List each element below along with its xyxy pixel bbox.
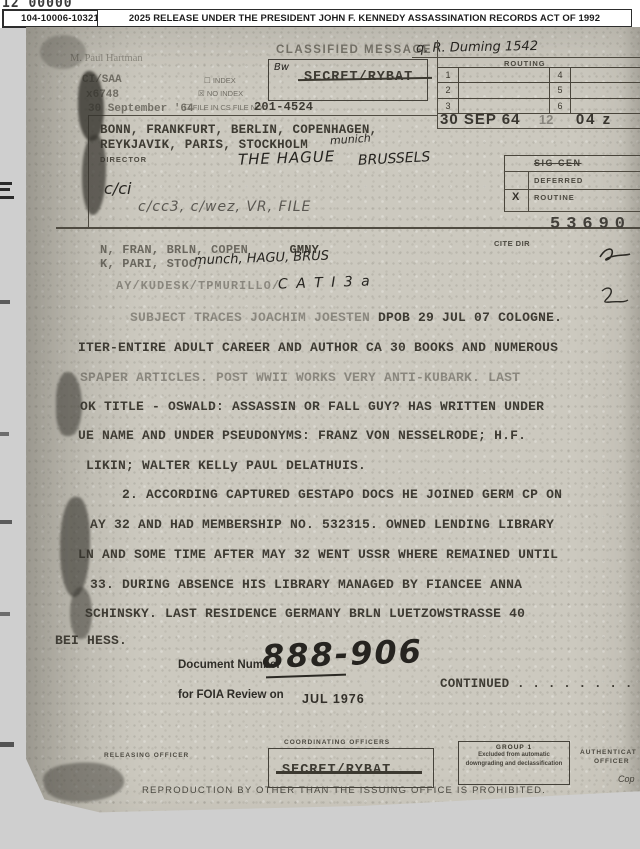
footer-classification-stamp: SECRET/RYBAT xyxy=(282,763,391,778)
frame-hline-header xyxy=(88,115,437,116)
record-number: 104-10006-10321 xyxy=(21,13,99,24)
addressee-line-2: REYKJAVIK, PARIS, STOCKHOLM xyxy=(100,138,308,152)
edge-mark xyxy=(0,182,12,185)
edge-mark xyxy=(0,196,14,199)
routine-label: ROUTINE xyxy=(534,193,575,202)
confirmation-line-1: N, FRAN, BRLN, COPEN GMNY xyxy=(100,243,319,257)
edge-mark xyxy=(0,520,12,524)
cs-file-number: 201-4524 xyxy=(254,100,313,114)
body-line-1: SUBJECT TRACES JOACHIM JOESTEN DPOB 29 J… xyxy=(130,310,562,325)
sigcen-vline xyxy=(528,171,529,211)
body-line-5: UE NAME AND UNDER PSEUDONYMS: FRANZ VON … xyxy=(78,428,526,443)
frame-vline-left xyxy=(88,115,89,227)
routing-cell xyxy=(571,68,640,83)
body-line-3: SPAPER ARTICLES. POST WWII WORKS VERY AN… xyxy=(80,370,520,385)
scan-stain xyxy=(70,587,92,639)
routing-cell xyxy=(459,68,549,83)
routing-table: 1 4 2 5 3 6 xyxy=(437,67,640,114)
sig-cen-label: SIG CEN xyxy=(534,158,582,168)
stamp-mid: 12 xyxy=(539,112,553,127)
originator-extension: x6748 xyxy=(86,89,119,101)
release-banner-box: 2025 RELEASE UNDER THE PRESIDENT JOHN F.… xyxy=(97,9,632,27)
routing-cell xyxy=(459,83,549,98)
routing-cell: 2 xyxy=(437,83,459,98)
no-index-checkbox-icon: ☒ xyxy=(198,89,205,98)
edge-mark xyxy=(0,300,10,304)
received-stamp: 30 SEP 64 12 04 z xyxy=(440,111,640,129)
body-line-6: LIKIN; WALTER KELLy PAUL DELATHUIS. xyxy=(86,458,366,473)
body-line-7: 2. ACCORDING CAPTURED GESTAPO DOCS HE JO… xyxy=(122,487,562,502)
copy-label: Cop xyxy=(618,774,635,784)
document-number-handwritten: 888-906 xyxy=(261,632,423,676)
handwritten-brussels: BRUSSELS xyxy=(358,149,431,169)
originator-date: 30 September '64 xyxy=(88,103,194,115)
handwritten-cci: c/ci xyxy=(104,179,131,198)
releasing-officer-label: RELEASING OFFICER xyxy=(104,752,189,759)
handwritten-munich: munich xyxy=(330,132,372,148)
deferred-label: DEFERRED xyxy=(534,176,583,185)
originator-name: M. Paul Hartman xyxy=(70,53,143,64)
edge-mark xyxy=(0,188,10,191)
scan-stain xyxy=(82,135,106,215)
scan-stain xyxy=(42,757,127,808)
scan-stain xyxy=(78,71,104,141)
routing-cell xyxy=(571,99,640,114)
scan-stain xyxy=(60,497,90,597)
classified-message-title: CLASSIFIED MESSAGE xyxy=(276,44,432,56)
reproduction-notice: REPRODUCTION BY OTHER THAN THE ISSUING O… xyxy=(142,785,546,796)
signal-center-box xyxy=(504,155,640,212)
routine-check: X xyxy=(512,191,519,203)
routing-cell: 3 xyxy=(437,99,459,114)
routing-cell: 6 xyxy=(549,99,571,114)
edge-mark xyxy=(0,612,10,616)
routing-cell xyxy=(459,99,549,114)
info-slug-line: AY/KUDESK/TPMURILLO/ xyxy=(116,279,280,293)
confirmation-line-2-handwriting: munch, HAGU, BRUS xyxy=(194,249,329,269)
index-option: ☐ INDEX xyxy=(204,76,236,85)
handwritten-the-hague: THE HAGUE xyxy=(238,147,336,168)
routing-table-label: ROUTING xyxy=(504,59,546,68)
routing-cell: 1 xyxy=(437,68,459,83)
routing-cell xyxy=(571,83,640,98)
footer-classification-strike xyxy=(276,771,422,774)
foia-review-date-stamp: JUL 1976 xyxy=(302,692,365,706)
classification-strike-line xyxy=(298,77,432,81)
info-slug-handwriting: C A T I 3 a xyxy=(278,273,372,292)
group-1-text: Excluded from automatic downgrading and … xyxy=(462,751,566,769)
stamp-time: 04 z xyxy=(576,111,612,128)
body-line-10: 33. DURING ABSENCE HIS LIBRARY MANAGED B… xyxy=(90,577,522,592)
document-paper: M. Paul Hartman CI/SAA x6748 30 Septembe… xyxy=(26,27,640,840)
classification-stamp: SECRET/RYBAT xyxy=(304,70,413,85)
no-index-option: ☒ NO INDEX xyxy=(198,89,243,98)
sigcen-row-line-3 xyxy=(504,211,640,212)
cite-dir-label: CITE DIR xyxy=(494,239,530,248)
edge-mark xyxy=(0,742,14,747)
classification-initials: Bw xyxy=(274,62,289,73)
edge-mark xyxy=(0,432,9,436)
foia-review-label: for FOIA Review on xyxy=(178,689,284,701)
sigcen-row-line-2 xyxy=(504,189,640,190)
addressee-line-1: BONN, FRANKFURT, BERLIN, COPENHAGEN, xyxy=(100,123,377,137)
document-number-underline xyxy=(266,674,346,679)
index-checkbox-icon: ☐ xyxy=(204,76,211,85)
continued-label: CONTINUED . . . . . . . . xyxy=(440,677,633,691)
body-line-8: AY 32 AND HAD MEMBERSHIP NO. 532315. OWN… xyxy=(90,517,554,532)
signature-squiggle-icon xyxy=(598,245,632,265)
footer-classification-box xyxy=(268,748,434,788)
body-line-2: ITER-ENTIRE ADULT CAREER AND AUTHOR CA 3… xyxy=(78,340,558,355)
handwritten-routing-note: q. R. Duming 1542 xyxy=(416,39,538,56)
frame-hline-stamp xyxy=(437,128,640,129)
body-line-11: SCHINSKY. LAST RESIDENCE GERMANY BRLN LU… xyxy=(85,606,525,621)
classification-box xyxy=(268,59,428,101)
group-1-title: GROUP 1 xyxy=(462,744,566,751)
authenticating-officer-label-1: AUTHENTICAT xyxy=(580,749,637,756)
handwritten-note-underline xyxy=(412,57,640,58)
scanned-document-page: 12 00000 104-10006-10321 2025 RELEASE UN… xyxy=(0,0,640,849)
frame-hline-main xyxy=(56,227,640,229)
signature-squiggle-icon xyxy=(598,285,632,307)
routing-cell: 5 xyxy=(549,83,571,98)
file-checkbox-icon: ☐ xyxy=(184,103,191,112)
routing-cell: 4 xyxy=(549,68,571,83)
sigcen-row-line-1 xyxy=(504,171,640,172)
release-banner-strip: 12 00000 104-10006-10321 2025 RELEASE UN… xyxy=(0,0,640,28)
body-line-9: LN AND SOME TIME AFTER MAY 32 WENT USSR … xyxy=(78,547,558,562)
authenticating-officer-label-2: OFFICER xyxy=(594,758,630,765)
frame-vline-routing xyxy=(437,40,438,129)
originator-unit: CI/SAA xyxy=(82,74,122,86)
handwritten-distribution: c/cc3, c/wez, VR, FILE xyxy=(138,199,311,215)
body-line-12: BEI HESS. xyxy=(55,633,127,648)
scan-stain xyxy=(40,35,86,69)
release-banner-title: 2025 RELEASE UNDER THE PRESIDENT JOHN F.… xyxy=(129,13,600,24)
message-number: 53690 xyxy=(550,215,631,234)
stamp-date: 30 SEP 64 xyxy=(440,111,520,128)
body-line-4: OK TITLE - OSWALD: ASSASSIN OR FALL GUY?… xyxy=(80,399,544,414)
file-option: ☐ FILE IN CS FILE NO. xyxy=(184,103,264,112)
confirmation-line-2: K, PARI, STOC, xyxy=(100,257,204,271)
group-1-box: GROUP 1 Excluded from automatic downgrad… xyxy=(458,741,570,785)
coordinating-officers-label: COORDINATING OFFICERS xyxy=(284,739,390,746)
scan-stain xyxy=(56,372,82,436)
from-director-label: DIRECTOR xyxy=(100,155,147,164)
document-number-label: Document Number xyxy=(178,659,281,671)
